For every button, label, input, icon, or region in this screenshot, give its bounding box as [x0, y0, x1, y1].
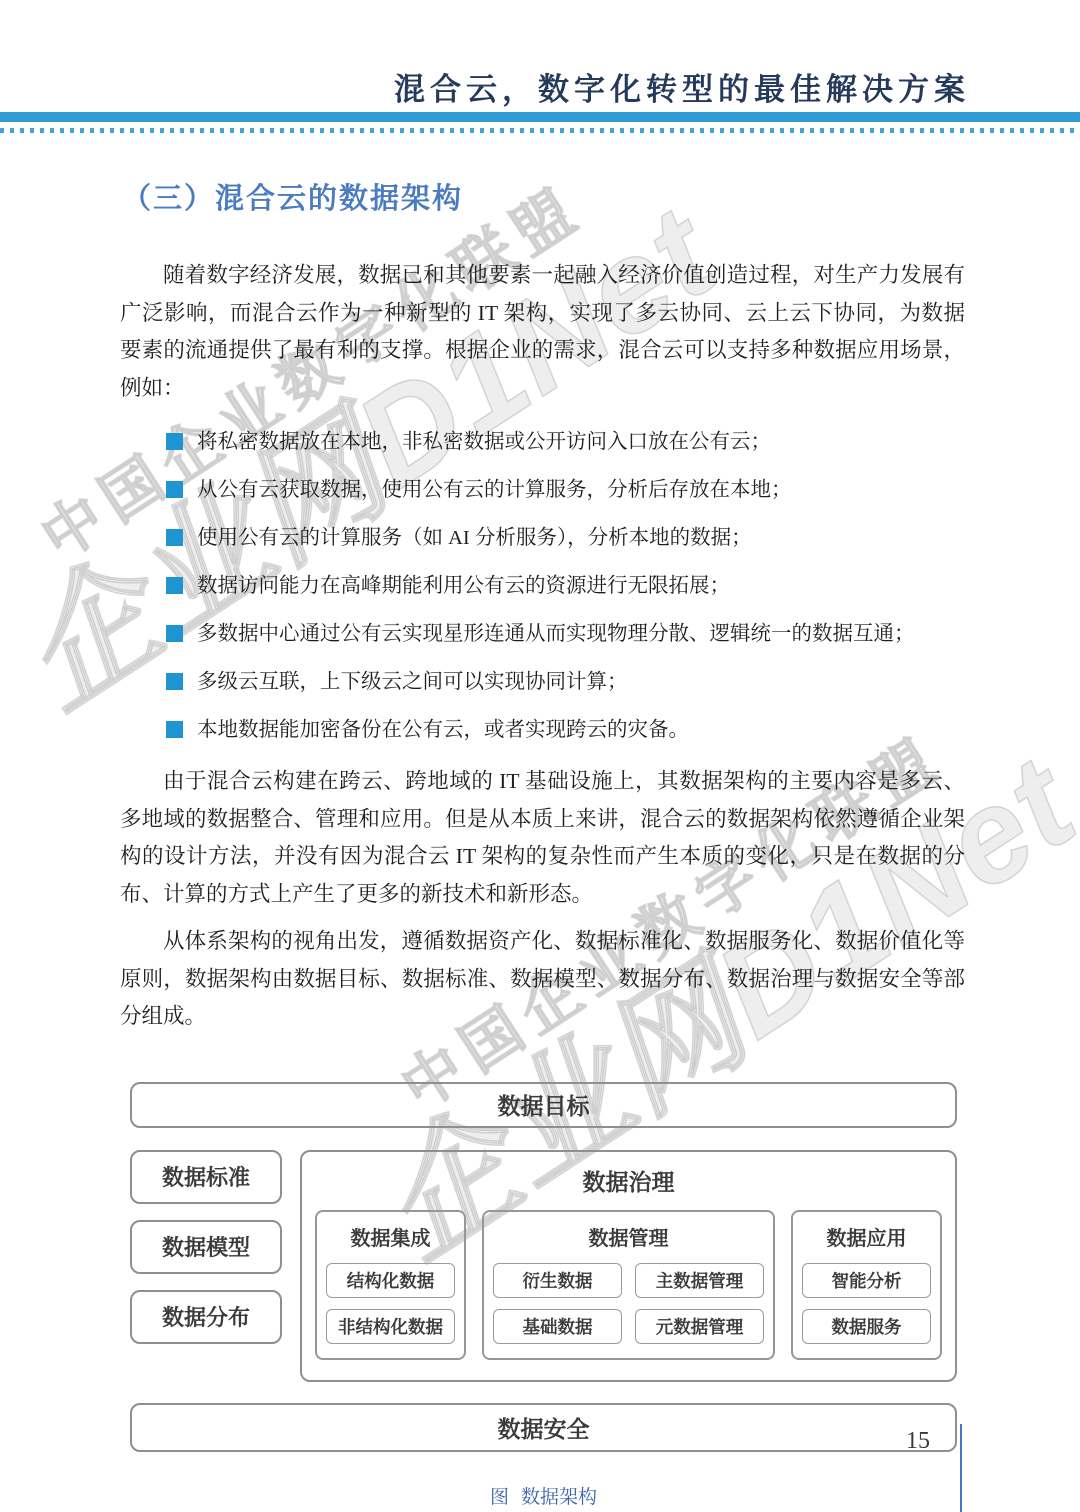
- list-item-text: 本地数据能加密备份在公有云，或者实现跨云的灾备。: [197, 719, 689, 741]
- bullet-square-icon: [166, 433, 183, 450]
- document-page: 中国企业数字化联盟 企业网D1Net 中国企业数字化联盟 企业网D1Net 混合…: [0, 0, 1080, 1512]
- list-item: 本地数据能加密备份在公有云，或者实现跨云的灾备。: [166, 715, 965, 745]
- group-title: 数据应用: [802, 1222, 931, 1251]
- page-number: 15: [906, 1428, 930, 1455]
- section-heading: （三）混合云的数据架构: [122, 176, 965, 217]
- diagram-box-data-standard: 数据标准: [130, 1150, 282, 1204]
- bullet-square-icon: [166, 529, 183, 546]
- list-item-text: 数据访问能力在高峰期能利用公有云的资源进行无限拓展；: [197, 575, 730, 597]
- caption-prefix: 图: [490, 1487, 509, 1508]
- bullet-square-icon: [166, 625, 183, 642]
- group-title: 数据集成: [326, 1222, 455, 1251]
- diagram-box-data-governance: 数据治理 数据集成 结构化数据 非结构化数据 数据管理: [300, 1150, 957, 1382]
- diagram-left-column: 数据标准 数据模型 数据分布: [130, 1150, 282, 1382]
- group-title: 数据管理: [493, 1222, 764, 1251]
- governance-title: 数据治理: [315, 1164, 942, 1197]
- caption-label: 数据架构: [521, 1487, 597, 1508]
- group-data-application: 数据应用 智能分析 数据服务: [791, 1210, 942, 1360]
- bullet-list: 将私密数据放在本地，非私密数据或公开访问入口放在公有云； 从公有云获取数据，使用…: [166, 427, 965, 745]
- item-intelligent-analysis: 智能分析: [802, 1263, 931, 1298]
- list-item: 多级云互联，上下级云之间可以实现协同计算；: [166, 667, 965, 697]
- item-data-service: 数据服务: [802, 1309, 931, 1344]
- diagram-box-data-distribution: 数据分布: [130, 1290, 282, 1344]
- list-item-text: 从公有云获取数据，使用公有云的计算服务，分析后存放在本地；: [197, 479, 792, 501]
- diagram-box-data-model: 数据模型: [130, 1220, 282, 1274]
- page-number-rule: [960, 1424, 962, 1512]
- group-data-integration: 数据集成 结构化数据 非结构化数据: [315, 1210, 466, 1360]
- item-structured-data: 结构化数据: [326, 1263, 455, 1298]
- group-data-management: 数据管理 衍生数据 主数据管理 基础数据 元数据管理: [482, 1210, 775, 1360]
- bullet-square-icon: [166, 721, 183, 738]
- paragraph-composition: 从体系架构的视角出发，遵循数据资产化、数据标准化、数据服务化、数据价值化等原则，…: [120, 923, 965, 1036]
- paragraph-architecture: 由于混合云构建在跨云、跨地域的 IT 基础设施上，其数据架构的主要内容是多云、多…: [120, 763, 965, 913]
- item-metadata-management: 元数据管理: [635, 1309, 764, 1344]
- list-item: 将私密数据放在本地，非私密数据或公开访问入口放在公有云；: [166, 427, 965, 457]
- list-item: 使用公有云的计算服务（如 AI 分析服务），分析本地的数据；: [166, 523, 965, 553]
- group-items: 智能分析 数据服务: [802, 1263, 931, 1344]
- item-derived-data: 衍生数据: [493, 1263, 622, 1298]
- running-header-title: 混合云，数字化转型的最佳解决方案: [394, 64, 970, 109]
- list-item: 数据访问能力在高峰期能利用公有云的资源进行无限拓展；: [166, 571, 965, 601]
- header-rule: [0, 112, 1080, 122]
- diagram-box-data-security: 数据安全: [130, 1403, 957, 1452]
- header-dotted-rule: [0, 128, 1080, 133]
- list-item-text: 将私密数据放在本地，非私密数据或公开访问入口放在公有云；: [197, 431, 771, 453]
- group-items: 结构化数据 非结构化数据: [326, 1263, 455, 1344]
- figure-caption: 图数据架构: [130, 1482, 957, 1509]
- item-master-data-management: 主数据管理: [635, 1263, 764, 1298]
- item-basic-data: 基础数据: [493, 1309, 622, 1344]
- list-item: 多数据中心通过公有云实现星形连通从而实现物理分散、逻辑统一的数据互通；: [166, 619, 965, 649]
- diagram-box-data-goal: 数据目标: [130, 1082, 957, 1128]
- list-item-text: 多数据中心通过公有云实现星形连通从而实现物理分散、逻辑统一的数据互通；: [197, 623, 915, 645]
- list-item-text: 使用公有云的计算服务（如 AI 分析服务），分析本地的数据；: [197, 527, 752, 549]
- governance-groups: 数据集成 结构化数据 非结构化数据 数据管理 衍生数据 主数据管理: [315, 1210, 942, 1360]
- bullet-square-icon: [166, 481, 183, 498]
- bullet-square-icon: [166, 577, 183, 594]
- page-content: （三）混合云的数据架构 随着数字经济发展，数据已和其他要素一起融入经济价值创造过…: [120, 172, 965, 1509]
- item-unstructured-data: 非结构化数据: [326, 1309, 455, 1344]
- group-items: 衍生数据 主数据管理 基础数据 元数据管理: [493, 1263, 764, 1344]
- bullet-square-icon: [166, 673, 183, 690]
- data-architecture-diagram: 数据目标 数据标准 数据模型 数据分布 数据治理 数据集成 结构化数据 非结: [130, 1082, 957, 1509]
- list-item-text: 多级云互联，上下级云之间可以实现协同计算；: [197, 671, 628, 693]
- diagram-middle-row: 数据标准 数据模型 数据分布 数据治理 数据集成 结构化数据 非结构化数据: [130, 1150, 957, 1382]
- list-item: 从公有云获取数据，使用公有云的计算服务，分析后存放在本地；: [166, 475, 965, 505]
- paragraph-intro: 随着数字经济发展，数据已和其他要素一起融入经济价值创造过程，对生产力发展有广泛影…: [120, 257, 965, 407]
